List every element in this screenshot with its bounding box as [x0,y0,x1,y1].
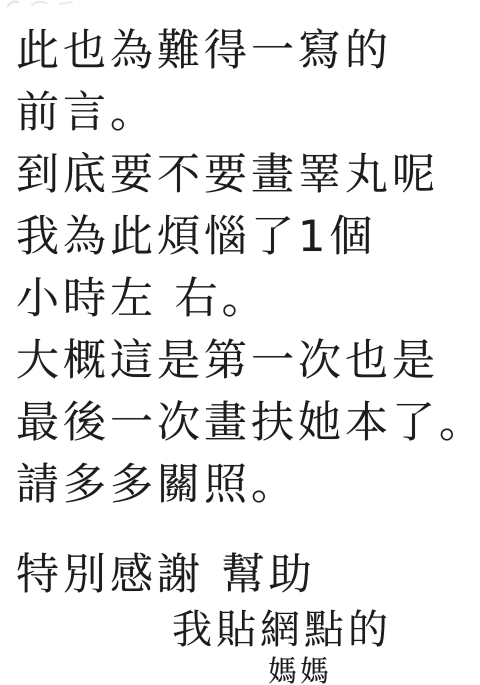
note-line-4: 我為此煩惱了1個 [16,206,474,268]
handwritten-note: 此也為難得一寫的 前言。 到底要不要畫睪丸呢 我為此煩惱了1個 小時左 右。 大… [0,0,480,685]
note-line-11-signature: 媽媽 [16,654,474,685]
note-line-8: 請多多關照。 [16,454,474,516]
note-line-1: 此也為難得一寫的 [16,20,474,82]
note-line-2: 前言。 [16,82,474,144]
note-line-5: 小時左 右。 [16,268,474,330]
note-line-10: 我貼網點的 [16,606,474,654]
note-line-9: 特別感謝 幫助 [16,544,474,606]
note-line-7: 最後一次畫扶她本了。 [16,392,474,454]
note-line-6: 大概這是第一次也是 [16,330,474,392]
cropped-stroke-artifact [6,0,76,7]
note-line-3: 到底要不要畫睪丸呢 [16,144,474,206]
